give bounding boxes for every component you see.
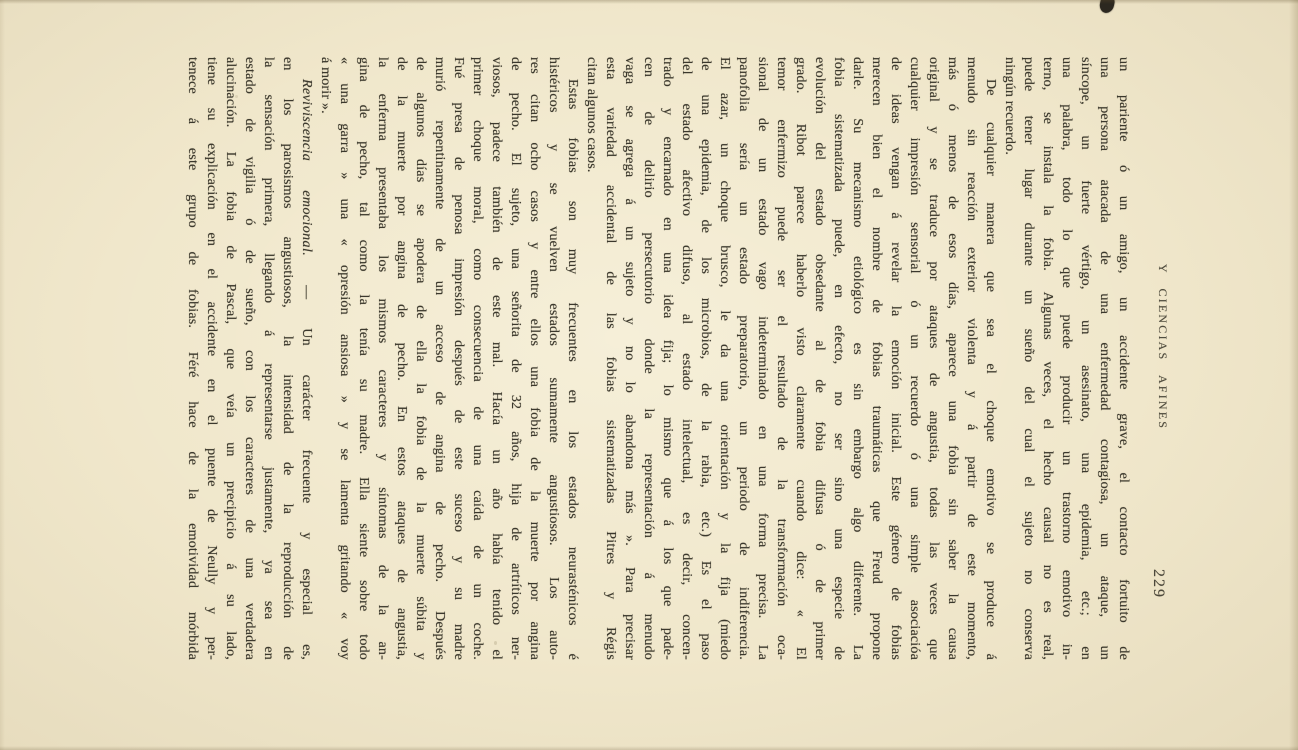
text-line: temor enfermizo puede ser el resultado d…: [772, 57, 791, 660]
text-line: á morir ».: [316, 57, 335, 660]
rotated-page-content: Y CIENCIAS AFINES 229 un pariente ó un a…: [0, 0, 1298, 750]
text-line: terno, se instala la fobia. Algunas vece…: [1038, 57, 1057, 660]
text-line: tenece á este grupo de fobias. Féré hace…: [183, 57, 202, 660]
text-line: El azar, un choque brusco, le da una ori…: [715, 57, 734, 660]
text-line: fobia sistematizada puede, en efecto, no…: [829, 57, 848, 660]
text-line: darle. Su mecanismo etiológico es sin em…: [848, 57, 867, 660]
text-line: la sensación primera, llegando á represe…: [259, 57, 278, 660]
text-line: de algunos días se apodera de ella la fo…: [411, 57, 430, 660]
page-number: 229: [1149, 569, 1167, 599]
scanned-book-page: Y CIENCIAS AFINES 229 un pariente ó un a…: [0, 0, 1298, 750]
text-line: un pariente ó un amigo, un accidente gra…: [1114, 57, 1133, 660]
text-line: merecen bien el nombre de fobias traumát…: [867, 57, 886, 660]
text-line: esta variedad accidental de las fobias s…: [601, 57, 620, 660]
ink-blot-mark: [1098, 0, 1115, 14]
text-line: síncope, un fuerte vértigo, un asesinato…: [1076, 57, 1095, 660]
text-line: cualquier impresión sensorial ó un recue…: [905, 57, 924, 660]
text-line: trado y encarnado en una idea fija; lo m…: [658, 57, 677, 660]
text-line: histéricos y se vuelven estados sumament…: [544, 57, 563, 660]
text-line: Reviviscencia emocional. — Un carácter f…: [297, 57, 316, 660]
text-line: de ideas vengan á revelar la emoción ini…: [886, 57, 905, 660]
text-line: de una epidemia, de los microbios, de la…: [696, 57, 715, 660]
body-text-block: un pariente ó un amigo, un accidente gra…: [183, 57, 1133, 660]
text-line: original y se traduce por ataques de ang…: [924, 57, 943, 660]
text-line: vaga se agrega á un sujeto y no lo aband…: [620, 57, 639, 660]
text-line: Fué presa de penosa impresión después de…: [449, 57, 468, 660]
text-line: en los parosismos angustiosos, la intens…: [278, 57, 297, 660]
paper-speck: [494, 641, 497, 645]
text-line: la enferma presentaba los mismos caracte…: [373, 57, 392, 660]
text-line: puede tener lugar durante un sueño del c…: [1019, 57, 1038, 660]
paper-speck: [235, 95, 238, 98]
text-line: murió repentinamente de un acceso de ang…: [430, 57, 449, 660]
text-line: del estado afectivo difuso, al estado in…: [677, 57, 696, 660]
text-line: citan algunos casos.: [582, 57, 601, 660]
text-line: alucinación. La fobia de Pascal, que veí…: [221, 57, 240, 660]
text-line: De cualquier manera que sea el choque em…: [981, 57, 1000, 660]
text-line: gina de pecho, tal como la tenía su madr…: [354, 57, 373, 660]
text-line: una palabra, todo lo que puede producir …: [1057, 57, 1076, 660]
text-line: una persona atacada de una enfermedad co…: [1095, 57, 1114, 660]
text-line: ningún recuerdo.: [1000, 57, 1019, 660]
text-line: Estas fobias son muy frecuentes en los e…: [563, 57, 582, 660]
text-line: más ó menos de esos días, aparece una fo…: [943, 57, 962, 660]
text-line: viosos, padece también de este mal. Hací…: [487, 57, 506, 660]
text-line: de pecho. El sujeto, una señorita de 32 …: [506, 57, 525, 660]
text-line: de la muerte por angina de pecho. En est…: [392, 57, 411, 660]
running-head-title: Y CIENCIAS AFINES: [1155, 57, 1170, 637]
text-line: menudo sin reacción exterior violenta y …: [962, 57, 981, 660]
text-line: estado de vigilia ó de sueño, con los ca…: [240, 57, 259, 660]
text-line: tiene su explicación en el accidente en …: [202, 57, 221, 660]
text-line: sional de un estado vago indeterminado e…: [753, 57, 772, 660]
text-line: primer choque moral, como consecuencia d…: [468, 57, 487, 660]
text-line: panofolia sería un estado preparatorio, …: [734, 57, 753, 660]
text-line: « una garra » una « opresión ansiosa » y…: [335, 57, 354, 660]
text-line: res citan ocho casos y entre ellos una f…: [525, 57, 544, 660]
text-line: evolución del estado obsedante al de fob…: [810, 57, 829, 660]
text-line: grado. Ribot parece haberlo visto claram…: [791, 57, 810, 660]
text-line: cen de delirio persecutorio donde la rep…: [639, 57, 658, 660]
